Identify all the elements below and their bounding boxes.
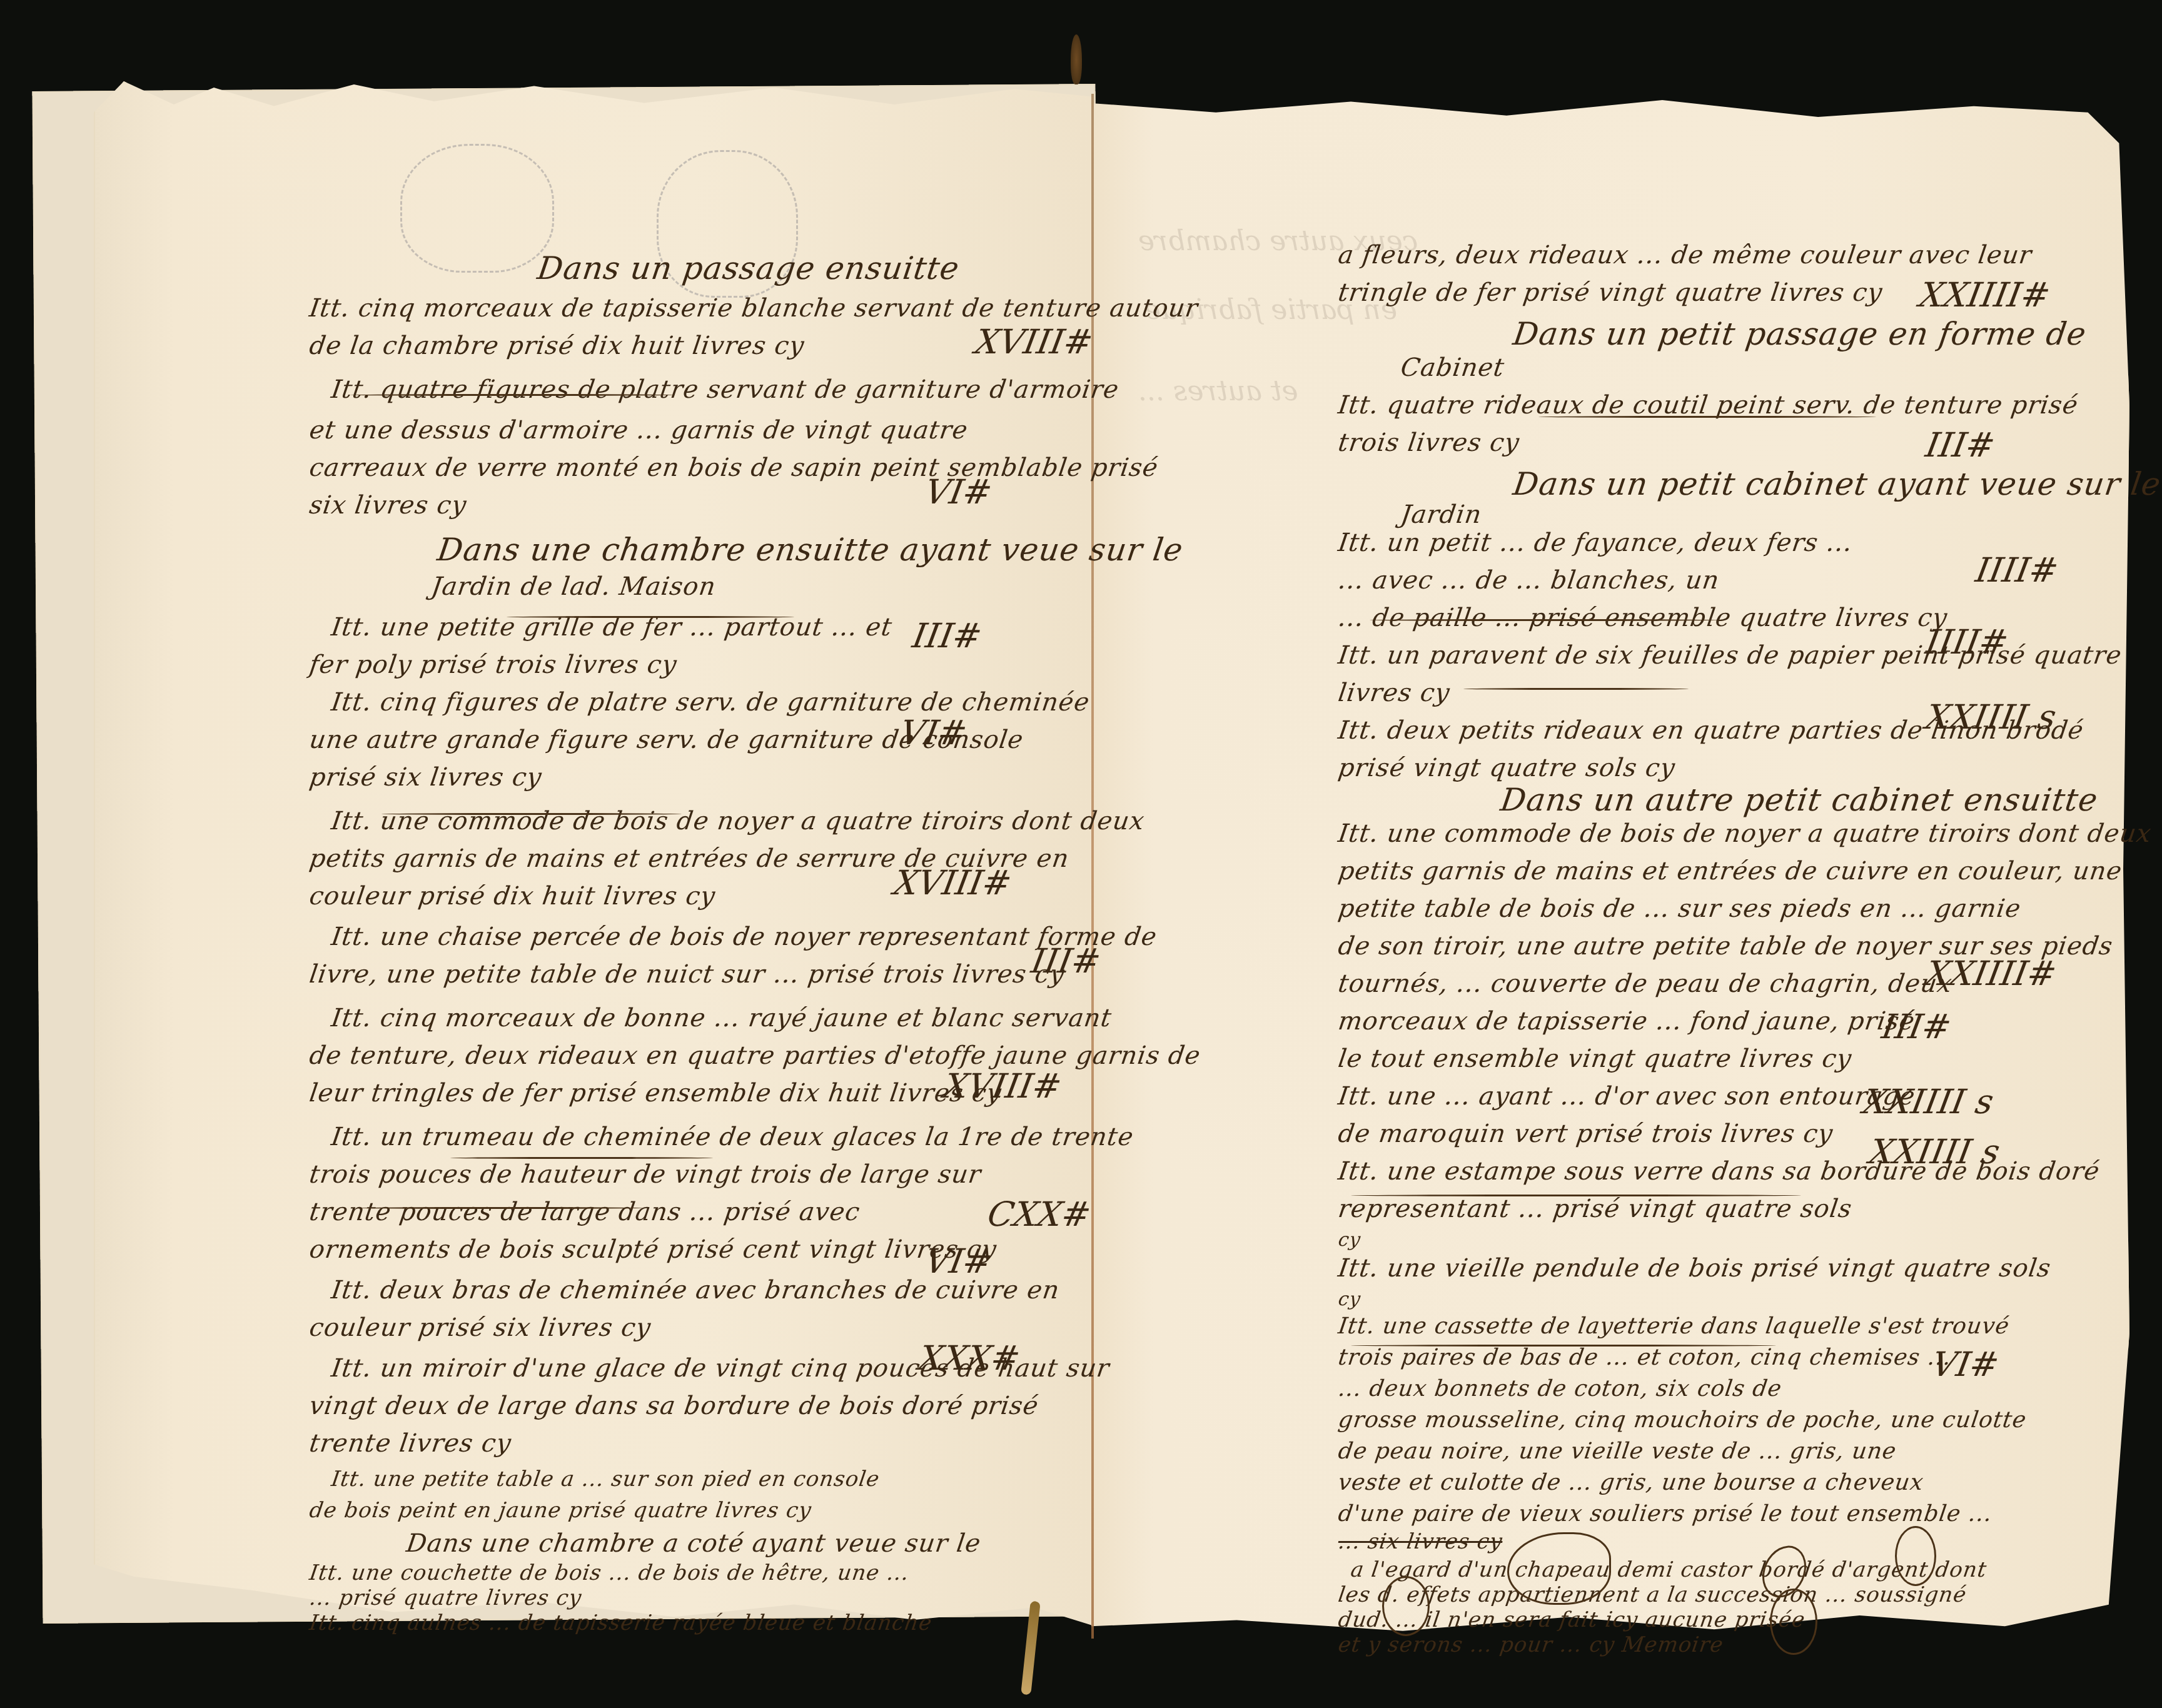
text-line: trois paires de bas de ... et coton, cin… (1336, 1345, 1953, 1370)
section-heading: Dans une chambre ensuitte ayant veue sur… (435, 532, 1186, 568)
flourish-line (450, 1157, 713, 1159)
flourish-line (1351, 1345, 1776, 1347)
text-line: petits garnis de mains et entrées de cui… (1336, 857, 2124, 886)
text-line: Itt. une vieille pendule de bois prisé v… (1336, 1254, 2053, 1283)
amount-value: III# (1028, 941, 1103, 981)
text-line: d'une paire de vieux souliers prisé le t… (1336, 1501, 1994, 1527)
text-line: Itt. cinq figures de platre serv. de gar… (330, 688, 1092, 717)
text-line: couleur prisé six livres cy (308, 1313, 653, 1342)
flourish-line (507, 616, 794, 618)
section-heading: Dans un autre petit cabinet ensuitte (1498, 782, 2100, 818)
text-line: Itt. cinq morceaux de tapisserie blanche… (308, 294, 1200, 323)
text-line: morceaux de tapisserie ... fond jaune, p… (1336, 1007, 1917, 1036)
text-line: prisé vingt quatre sols cy (1336, 754, 1677, 782)
amount-value: XXX# (916, 1338, 1023, 1378)
binding-thread-top (1071, 34, 1082, 84)
flourish-line (381, 813, 682, 815)
text-line: Itt. un petit ... de fayance, deux fers … (1336, 528, 1855, 557)
text-line: cy (1337, 1229, 1363, 1251)
text-line: ... deux bonnets de coton, six cols de (1336, 1376, 1784, 1402)
amount-value: XXIIII s (1922, 697, 2059, 737)
flourish-line (1351, 1195, 1801, 1196)
amount-value: XXIIII s (1866, 1132, 2003, 1171)
amount-value: VI# (922, 472, 995, 512)
amount-value: XVIII# (891, 863, 1014, 902)
embossed-stamp-crown-icon (400, 144, 554, 273)
text-line: couleur prisé dix huit livres cy (308, 882, 717, 911)
flourish-line (1538, 416, 1876, 418)
text-line: cy (1337, 1288, 1363, 1310)
text-line: tournés, ... couverte de peau de chagrin… (1336, 969, 1954, 998)
amount-value: IIII# (1922, 622, 2011, 662)
text-line: petite table de bois de ... sur ses pied… (1336, 894, 2023, 923)
text-line: six livres cy (308, 491, 468, 520)
text-line: carreaux de verre monté en bois de sapin… (308, 453, 1160, 482)
text-line: prisé six livres cy (308, 763, 544, 792)
text-line: a fleurs, deux rideaux ... de même coule… (1336, 241, 2034, 270)
text-line: ... prisé quatre livres cy (308, 1585, 583, 1610)
text-line: representant ... prisé vingt quatre sols (1336, 1195, 1854, 1223)
text-line: vingt deux de large dans sa bordure de b… (308, 1392, 1041, 1420)
text-line: livre, une petite table de nuict sur ...… (308, 960, 1067, 989)
amount-value: CXX# (984, 1195, 1094, 1234)
flourish-line (356, 1207, 644, 1209)
section-heading: Dans un passage ensuitte (535, 250, 962, 286)
text-line: les d. effets appartiennent a la success… (1336, 1582, 1968, 1607)
text-line: le tout ensemble vingt quatre livres cy (1336, 1044, 1854, 1073)
text-line: fer poly prisé trois livres cy (308, 650, 679, 679)
text-line: Itt. une commode de bois de noyer a quat… (1336, 819, 2153, 848)
text-line: ... de paille ... prisé ensemble quatre … (1336, 604, 1949, 632)
amount-value: XVIII# (972, 322, 1096, 361)
text-line: de tenture, deux rideaux en quatre parti… (308, 1041, 1203, 1070)
amount-value: XVIII# (941, 1066, 1064, 1106)
text-line: Itt. une ... ayant ... d'or avec son ent… (1336, 1082, 1917, 1111)
text-line: Itt. quatre figures de platre servant de… (330, 375, 1121, 404)
section-heading: Jardin de lad. Maison (430, 572, 718, 601)
text-line: Itt. un trumeau de cheminée de deux glac… (330, 1123, 1136, 1151)
flourish-line (1370, 619, 1720, 621)
text-line: a l'egard d'un chapeau demi castor bordé… (1349, 1557, 1988, 1582)
struck-text-line: ... six livres cy (1336, 1529, 1504, 1554)
text-line: Itt. une cassette de layetterie dans laq… (1336, 1313, 2011, 1339)
text-line: tringle de fer prisé vingt quatre livres… (1336, 278, 1884, 307)
amount-value: III# (1879, 1007, 1954, 1046)
text-line: leur tringles de fer prisé ensemble dix … (308, 1079, 1004, 1108)
amount-value: VI# (922, 1241, 995, 1281)
amount-value: XXIIII# (1922, 954, 2059, 993)
text-line: grosse mousseline, cinq mouchoirs de poc… (1336, 1407, 2028, 1433)
text-line: Itt. une commode de bois de noyer a quat… (330, 807, 1146, 836)
amount-value: XXIIII# (1916, 275, 2053, 315)
section-heading: Dans un petit cabinet ayant veue sur le (1511, 466, 2162, 502)
amount-value: III# (1922, 425, 1998, 465)
text-line: et y serons ... pour ... cy Memoire (1336, 1632, 1725, 1657)
text-line: ... avec ... de ... blanches, un (1336, 566, 1722, 595)
amount-value: IIII# (1973, 550, 2061, 590)
text-line: et une dessus d'armoire ... garnis de vi… (308, 416, 970, 445)
signature-1-icon (1382, 1576, 1430, 1636)
section-heading: Dans une chambre a coté ayant veue sur l… (405, 1529, 983, 1558)
show-through-text: et autres ... (1138, 375, 1298, 407)
text-line: de maroquin vert prisé trois livres cy (1336, 1119, 1835, 1148)
text-line: de bois peint en jaune prisé quatre livr… (308, 1498, 813, 1523)
text-line: Itt. cinq morceaux de bonne ... rayé jau… (330, 1004, 1114, 1033)
section-heading: Jardin (1399, 500, 1484, 529)
text-line: ornements de bois sculpté prisé cent vin… (308, 1235, 999, 1264)
signature-4-icon (1895, 1526, 1936, 1586)
amount-value: VI# (897, 713, 970, 752)
amount-value: VI# (1929, 1345, 2002, 1384)
signature-5-icon (1770, 1589, 1817, 1655)
text-line: Itt. une couchette de bois ... de bois d… (308, 1560, 911, 1585)
text-line: trois livres cy (1336, 428, 1522, 457)
text-line: Itt. cinq aulnes ... de tapisserie rayée… (308, 1610, 934, 1635)
text-line: trente pouces de large dans ... prisé av… (308, 1198, 862, 1226)
amount-value: XXIIII s (1860, 1082, 1996, 1121)
text-line: trente livres cy (308, 1429, 513, 1458)
section-heading: Cabinet (1399, 353, 1507, 382)
flourish-line (350, 394, 675, 396)
text-line: livres cy (1336, 679, 1452, 707)
section-heading: Dans un petit passage en forme de (1511, 316, 2089, 352)
amount-value: III# (909, 616, 984, 655)
text-line: de la chambre prisé dix huit livres cy (308, 331, 806, 360)
text-line: veste et culotte de ... gris, une bourse… (1336, 1470, 1925, 1495)
text-line: de peau noire, une vieille veste de ... … (1336, 1438, 1898, 1464)
flourish-line (1463, 688, 1689, 690)
text-line: Itt. une petite table a ... sur son pied… (330, 1467, 881, 1492)
text-line: trois pouces de hauteur de vingt trois d… (308, 1160, 983, 1189)
